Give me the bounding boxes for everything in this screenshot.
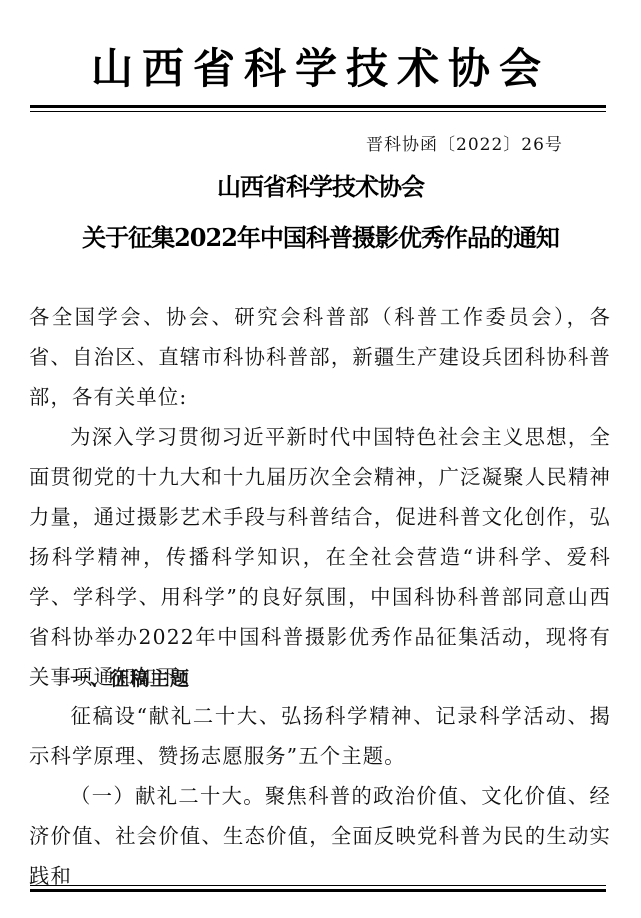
subsection-1-text: （一）献礼二十大。聚焦科普的政治价值、文化价值、经济价值、社会价值、生态价值，全… — [29, 784, 611, 888]
footer-rule-thin — [30, 885, 606, 886]
footer-rule-thick — [30, 889, 606, 892]
subsection-1-paragraph: （一）献礼二十大。聚焦科普的政治价值、文化价值、经济价值、社会价值、生态价值，全… — [29, 776, 611, 896]
salutation-paragraph: 各全国学会、协会、研究会科普部（科普工作委员会），各省、自治区、直辖市科协科普部… — [29, 297, 611, 417]
intro-paragraph: 为深入学习贯彻习近平新时代中国特色社会主义思想，全面贯彻党的十九大和十九届历次全… — [29, 417, 611, 697]
section-heading-1: 一、征稿主题 — [70, 659, 190, 699]
document-number: 晋科协函〔2022〕26号 — [366, 134, 563, 156]
theme-paragraph: 征稿设“献礼二十大、弘扬科学精神、记录科学活动、揭示科学原理、赞扬志愿服务”五个… — [29, 696, 611, 776]
letterhead-rule-thick — [30, 105, 606, 108]
letterhead-organization: 山西省科学技术协会 — [0, 44, 641, 94]
letterhead-rule-thin — [30, 111, 606, 112]
theme-text: 征稿设“献礼二十大、弘扬科学精神、记录科学活动、揭示科学原理、赞扬志愿服务”五个… — [29, 704, 611, 768]
intro-text: 为深入学习贯彻习近平新时代中国特色社会主义思想，全面贯彻党的十九大和十九届历次全… — [29, 425, 611, 689]
document-title-subject: 关于征集2022年中国科普摄影优秀作品的通知 — [0, 222, 641, 254]
document-title-issuer: 山西省科学技术协会 — [0, 171, 641, 203]
